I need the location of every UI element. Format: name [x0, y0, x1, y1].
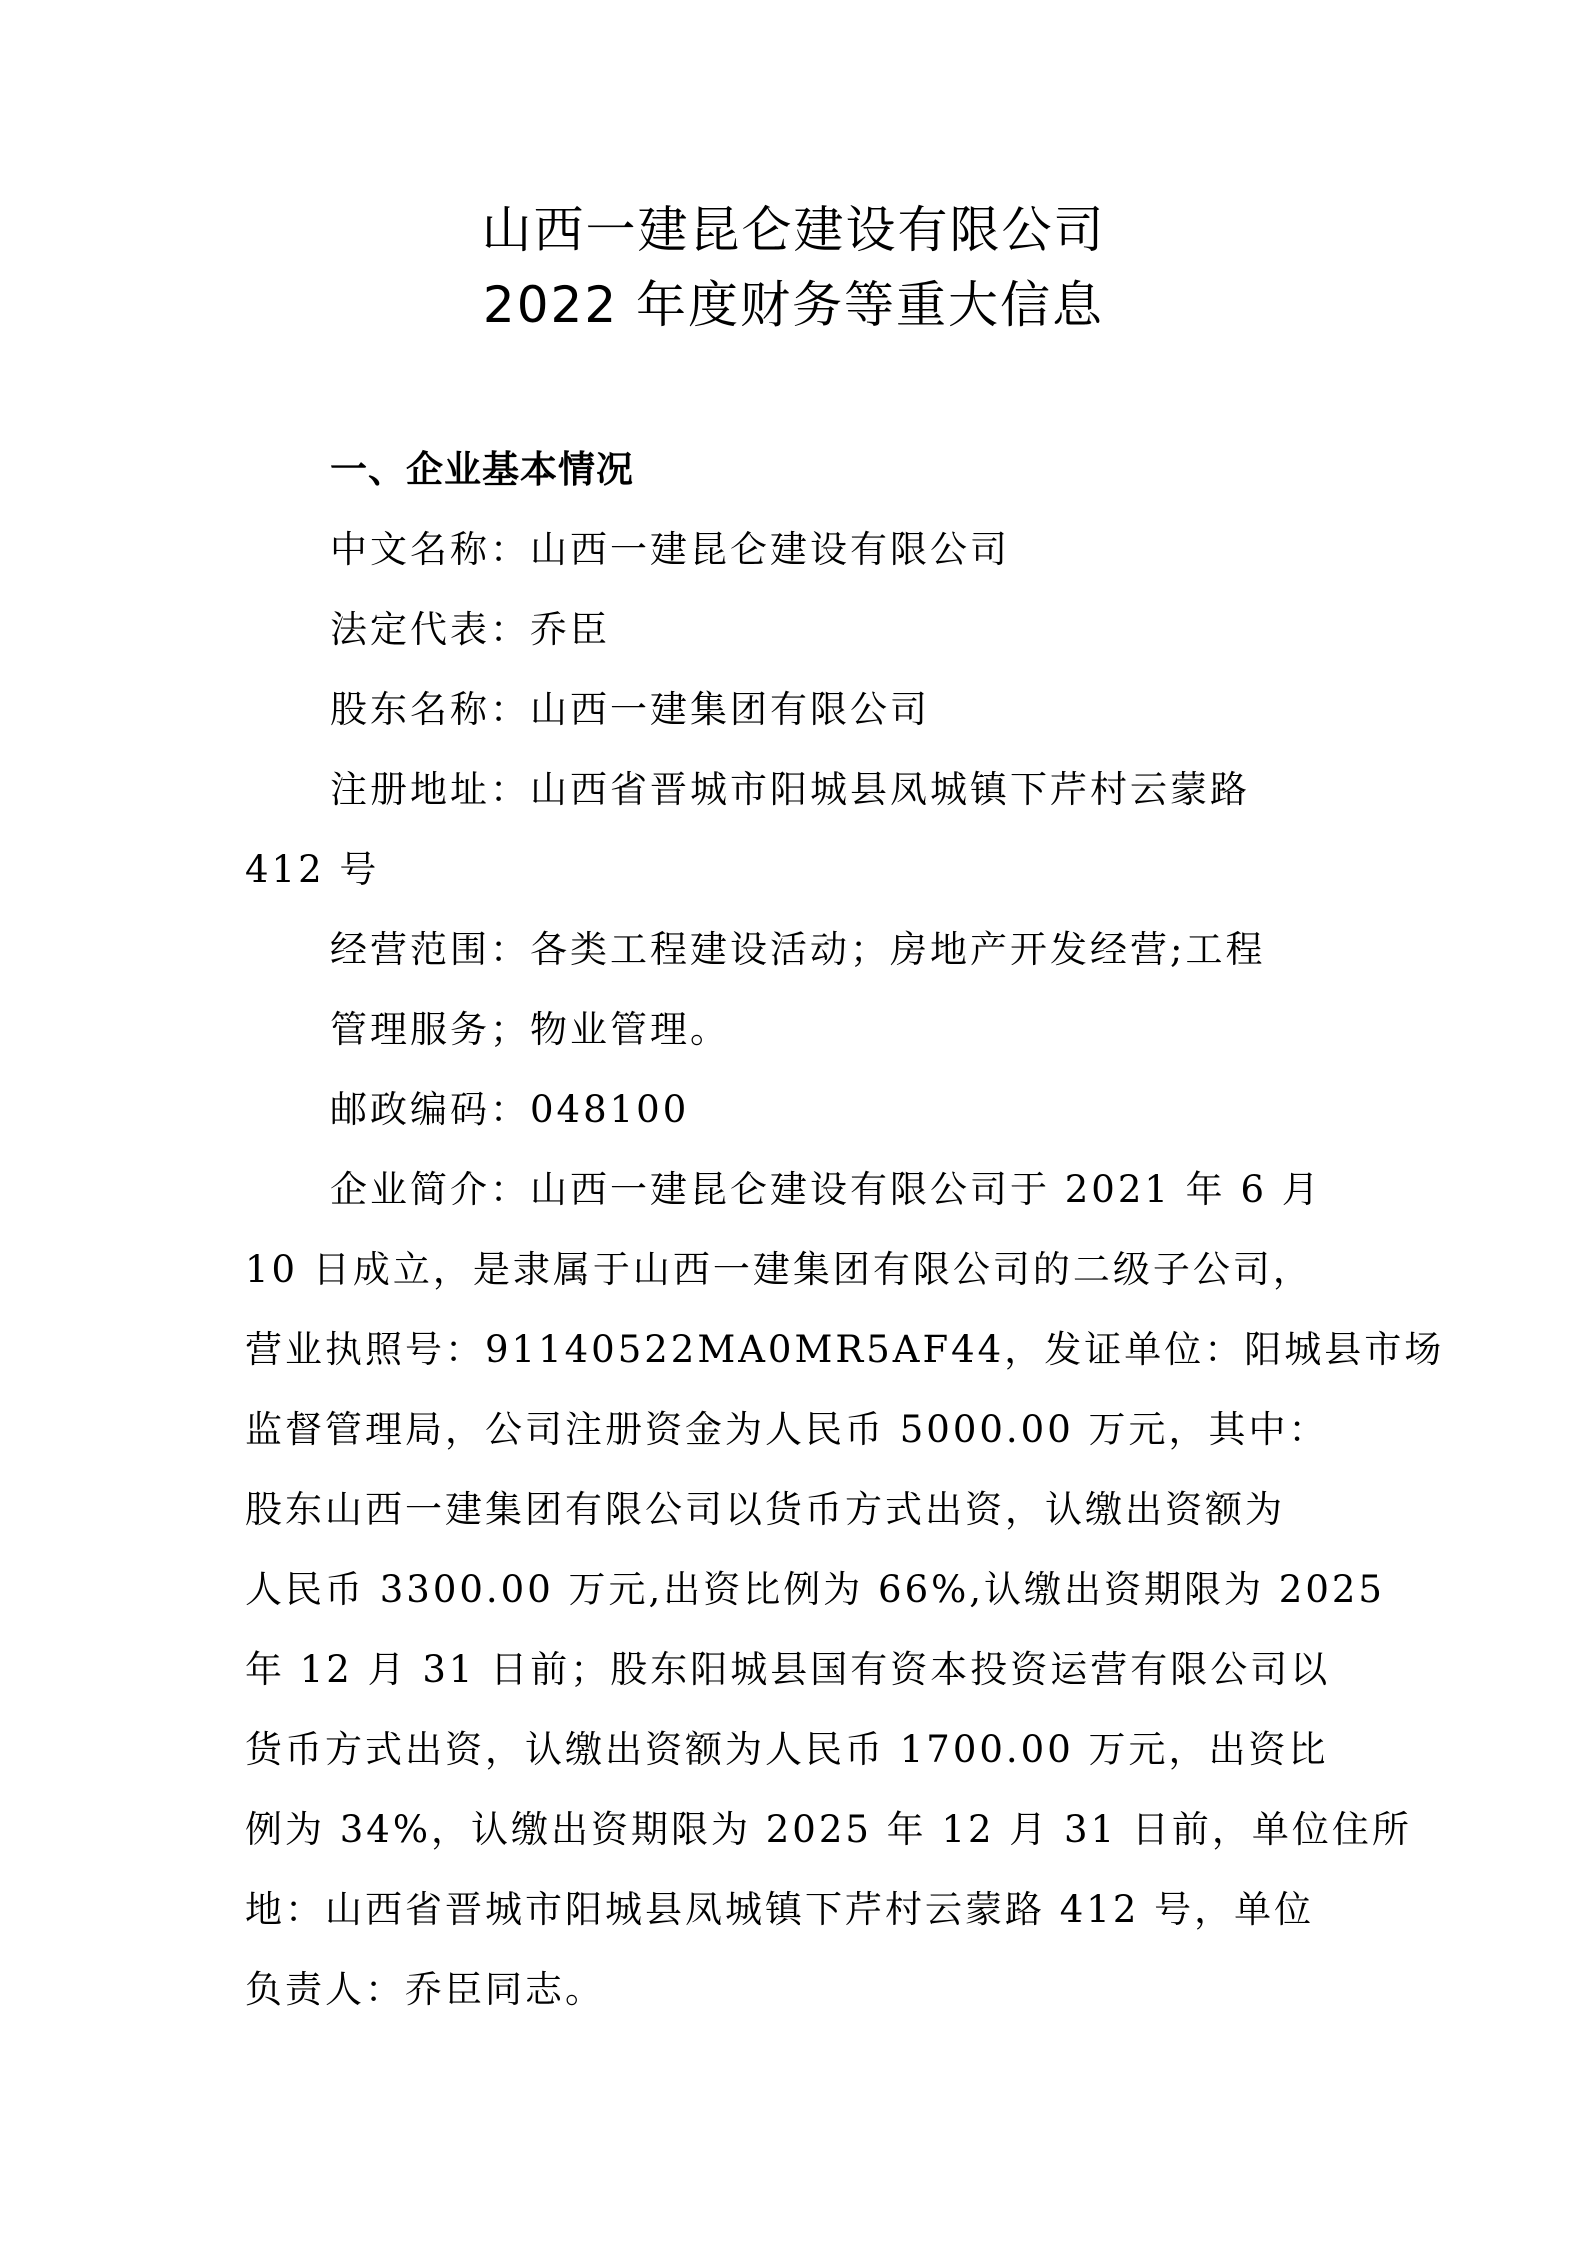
paragraph-line: 股东名称：山西一建集团有限公司 — [330, 685, 930, 735]
paragraph-line: 企业简介：山西一建昆仑建设有限公司于 2021 年 6 月 — [330, 1165, 1322, 1215]
paragraph-line: 人民币 3300.00 万元,出资比例为 66%,认缴出资期限为 2025 — [245, 1565, 1385, 1615]
paragraph-line: 法定代表：乔臣 — [330, 605, 610, 655]
paragraph-line: 邮政编码：048100 — [330, 1085, 689, 1135]
section-heading-basic-info: 一、企业基本情况 — [330, 445, 634, 495]
document-title-line1: 山西一建昆仑建设有限公司 — [0, 200, 1587, 260]
paragraph-line: 例为 34%，认缴出资期限为 2025 年 12 月 31 日前，单位住所 — [245, 1805, 1412, 1855]
paragraph-line: 货币方式出资，认缴出资额为人民币 1700.00 万元，出资比 — [245, 1725, 1329, 1775]
paragraph-line: 经营范围：各类工程建设活动；房地产开发经营;工程 — [330, 925, 1265, 975]
paragraph-line: 412 号 — [245, 845, 379, 895]
paragraph-line: 管理服务；物业管理。 — [330, 1005, 730, 1055]
paragraph-line: 负责人：乔臣同志。 — [245, 1965, 605, 2015]
document-title-line2: 2022 年度财务等重大信息 — [0, 275, 1587, 335]
paragraph-line: 监督管理局，公司注册资金为人民币 5000.00 万元，其中： — [245, 1405, 1329, 1455]
paragraph-line: 年 12 月 31 日前；股东阳城县国有资本投资运营有限公司以 — [245, 1645, 1330, 1695]
paragraph-line: 地：山西省晋城市阳城县凤城镇下芹村云蒙路 412 号，单位 — [245, 1885, 1314, 1935]
paragraph-line: 营业执照号：91140522MA0MR5AF44，发证单位：阳城县市场 — [245, 1325, 1444, 1375]
paragraph-line: 中文名称：山西一建昆仑建设有限公司 — [330, 525, 1010, 575]
paragraph-line: 10 日成立，是隶属于山西一建集团有限公司的二级子公司， — [245, 1245, 1313, 1295]
document-page: 山西一建昆仑建设有限公司 2022 年度财务等重大信息 一、企业基本情况 中文名… — [0, 0, 1587, 2245]
paragraph-line: 股东山西一建集团有限公司以货币方式出资，认缴出资额为 — [245, 1485, 1285, 1535]
paragraph-line: 注册地址：山西省晋城市阳城县凤城镇下芹村云蒙路 — [330, 765, 1250, 815]
